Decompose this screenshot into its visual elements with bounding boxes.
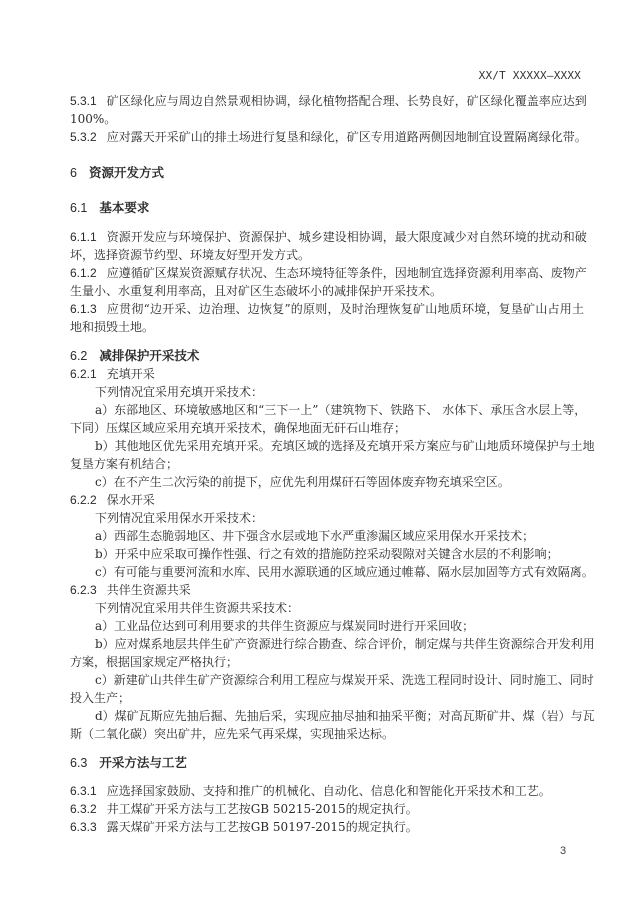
clause-6-3-2: 6.3.2井工煤矿开采方法与工艺按GB 50215-2015的规定执行。 [70,800,584,818]
section-6-heading: 6资源开发方式 [70,164,584,182]
clause-6-2-1-a-cont: 下同）压煤区域应采用充填开采技术，确保地面无矸石山堆存； [70,419,584,437]
document-page: XX/T XXXXX—XXXX 5.3.1矿区绿化应与周边自然景观相协调，绿化植… [0,0,621,906]
clause-6-2-3-d-cont: 斯（二氧化碳）突出矿井，应先采气再采煤，实现抽采达标。 [70,725,584,743]
section-6-1-heading: 6.1基本要求 [70,199,584,217]
page-number: 3 [560,845,566,857]
clause-6-2-3-b-cont: 方案，根据国家规定严格执行； [70,653,584,671]
clause-6-2-1-c: c）在不产生二次污染的前提下，应优先利用煤矸石等固体废弃物充填采空区。 [95,473,609,491]
clause-6-2-3-b: b）应对煤系地层共伴生矿产资源进行综合勘查、综合评价，制定煤与共伴生资源综合开发… [95,635,585,653]
clause-6-2-1-b: b）其他地区优先采用充填开采。充填区域的选择及充填开采方案应与矿山地质环境保护与… [95,437,585,455]
clause-6-2-2: 6.2.2保水开采 [70,491,584,509]
clause-6-2-1-b-cont: 复垦方案有机结合； [70,455,584,473]
clause-5-3-2: 5.3.2应对露天开采矿山的排土场进行复垦和绿化，矿区专用道路两侧因地制宜设置隔… [70,128,584,146]
section-6-2-heading: 6.2减排保护开采技术 [70,347,584,365]
clause-6-2-1-intro: 下列情况宜采用充填开采技术： [95,383,609,401]
clause-6-2-2-c: c）有可能与重要河流和水库、民用水源联通的区域应通过帷幕、隔水层加固等方式有效隔… [95,563,609,581]
clause-6-2-3-a: a）工业品位达到可利用要求的共伴生资源应与煤炭同时进行开采回收； [95,617,609,635]
section-6-3-heading: 6.3开采方法与工艺 [70,754,584,772]
clause-5-3-1: 5.3.1矿区绿化应与周边自然景观相协调，绿化植物搭配合理、长势良好，矿区绿化覆… [70,92,584,110]
clause-6-3-3: 6.3.3露天煤矿开采方法与工艺按GB 50197-2015的规定执行。 [70,818,584,836]
clause-5-3-1-cont: 100%。 [70,110,584,128]
clause-6-2-3-intro: 下列情况宜采用共伴生资源共采技术： [95,599,609,617]
clause-6-2-3-c: c）新建矿山共伴生矿产资源综合利用工程应与煤炭开采、洗选工程同时设计、同时施工、… [95,671,585,689]
clause-6-2-1: 6.2.1充填开采 [70,365,584,383]
clause-6-1-2: 6.1.2应遵循矿区煤炭资源赋存状况、生态环境特征等条件，因地制宜选择资源利用率… [70,264,584,282]
clause-6-2-2-intro: 下列情况宜采用保水开采技术： [95,509,609,527]
clause-6-1-1: 6.1.1资源开发应与环境保护、资源保护、城乡建设相协调，最大限度减少对自然环境… [70,228,584,246]
document-code: XX/T XXXXX—XXXX [479,69,581,82]
clause-6-1-2-cont: 生量小、水重复利用率高，且对矿区生态破坏小的减排保护开采技术。 [70,282,584,300]
clause-6-2-3: 6.2.3共伴生资源共采 [70,581,584,599]
clause-6-2-2-b: b）开采中应采取可操作性强、行之有效的措施防控采动裂隙对关键含水层的不利影响； [95,545,609,563]
clause-6-2-1-a: a）东部地区、环境敏感地区和“三下一上”（建筑物下、铁路下、 水体下、承压含水层… [95,401,585,419]
clause-6-1-1-cont: 坏，选择资源节约型、环境友好型开发方式。 [70,246,584,264]
clause-6-1-3: 6.1.3应贯彻“边开采、边治理、边恢复”的原则，及时治理恢复矿山地质环境，复垦… [70,300,584,318]
clause-6-2-2-a: a）西部生态脆弱地区、井下强含水层或地下水严重渗漏区域应采用保水开采技术； [95,527,609,545]
clause-6-2-3-c-cont: 投入生产； [70,689,584,707]
clause-6-2-3-d: d）煤矿瓦斯应先抽后掘、先抽后采，实现应抽尽抽和抽采平衡；对高瓦斯矿井、煤（岩）… [95,707,585,725]
clause-6-1-3-cont: 地和损毁土地。 [70,318,584,336]
clause-6-3-1: 6.3.1应选择国家鼓励、支持和推广的机械化、自动化、信息化和智能化开采技术和工… [70,782,584,800]
